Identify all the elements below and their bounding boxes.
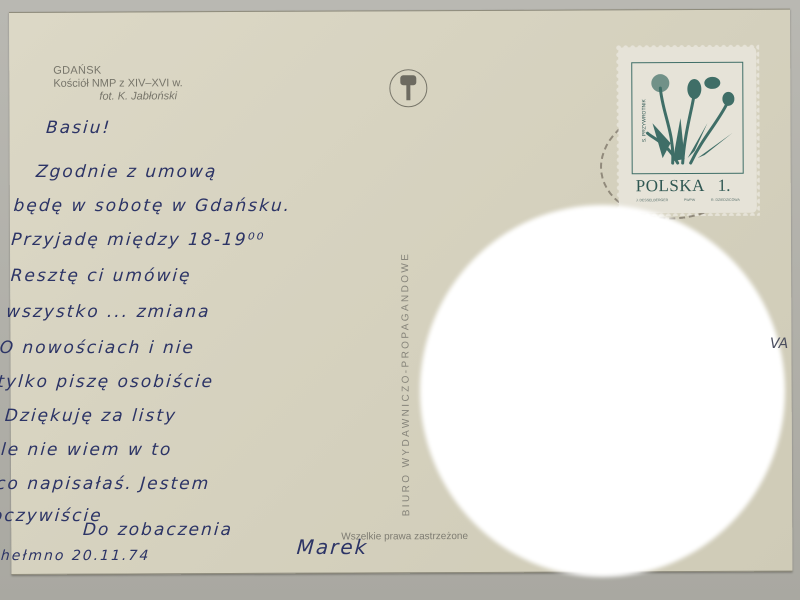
message-line: ale nie wiem w to (0, 440, 173, 460)
stamp-credits: J. DESSELBERGER PWPW R. DZIEDZICOWA (636, 198, 740, 202)
light-glare (420, 205, 785, 577)
wildflower-plant-icon (632, 63, 742, 173)
message-line: będę w sobotę w Gdańsku. (13, 196, 292, 216)
message-line: Do zobaczenia (82, 520, 233, 540)
message-line: tylko piszę osobiście (0, 372, 215, 392)
message-line: Basiu! (45, 118, 112, 138)
stamp-frame (631, 62, 743, 174)
stamp-country: POLSKA (636, 176, 705, 196)
caption-city: GDAŃSK (53, 64, 182, 78)
message-line: Dziękuję za listy (4, 406, 178, 426)
message-line: Resztę ci umówię (10, 266, 192, 286)
message-line: O nowościach i nie (0, 338, 196, 358)
message-date: Chełmno 20.11.74 (0, 548, 151, 564)
message-line: wszystko ... zmiana (5, 302, 211, 322)
printed-caption: GDAŃSK Kościół NMP z XIV–XVI w. fot. K. … (53, 64, 183, 104)
message-line: Przyjadę między 18-19⁰⁰ (11, 230, 266, 250)
margin-mark: VA (770, 336, 788, 352)
stamp-value: 1. (718, 176, 731, 196)
publisher-tree-logo-icon (389, 69, 427, 107)
postage-stamp: S. PRZYWROTNIK POLSKA 1. J. DESSELBERGER… (621, 50, 754, 211)
stamp-plant-name: S. PRZYWROTNIK (641, 99, 647, 142)
publisher-name: BIURO WYDAWNICZO-PROPAGANDOWE (400, 252, 412, 517)
caption-photographer: fot. K. Jabłoński (53, 90, 182, 104)
message-line: co napisałaś. Jestem (0, 474, 211, 494)
signature: Marek (296, 535, 369, 559)
message-line: Zgodnie z umową (35, 162, 218, 182)
caption-subject: Kościół NMP z XIV–XVI w. (53, 77, 182, 91)
